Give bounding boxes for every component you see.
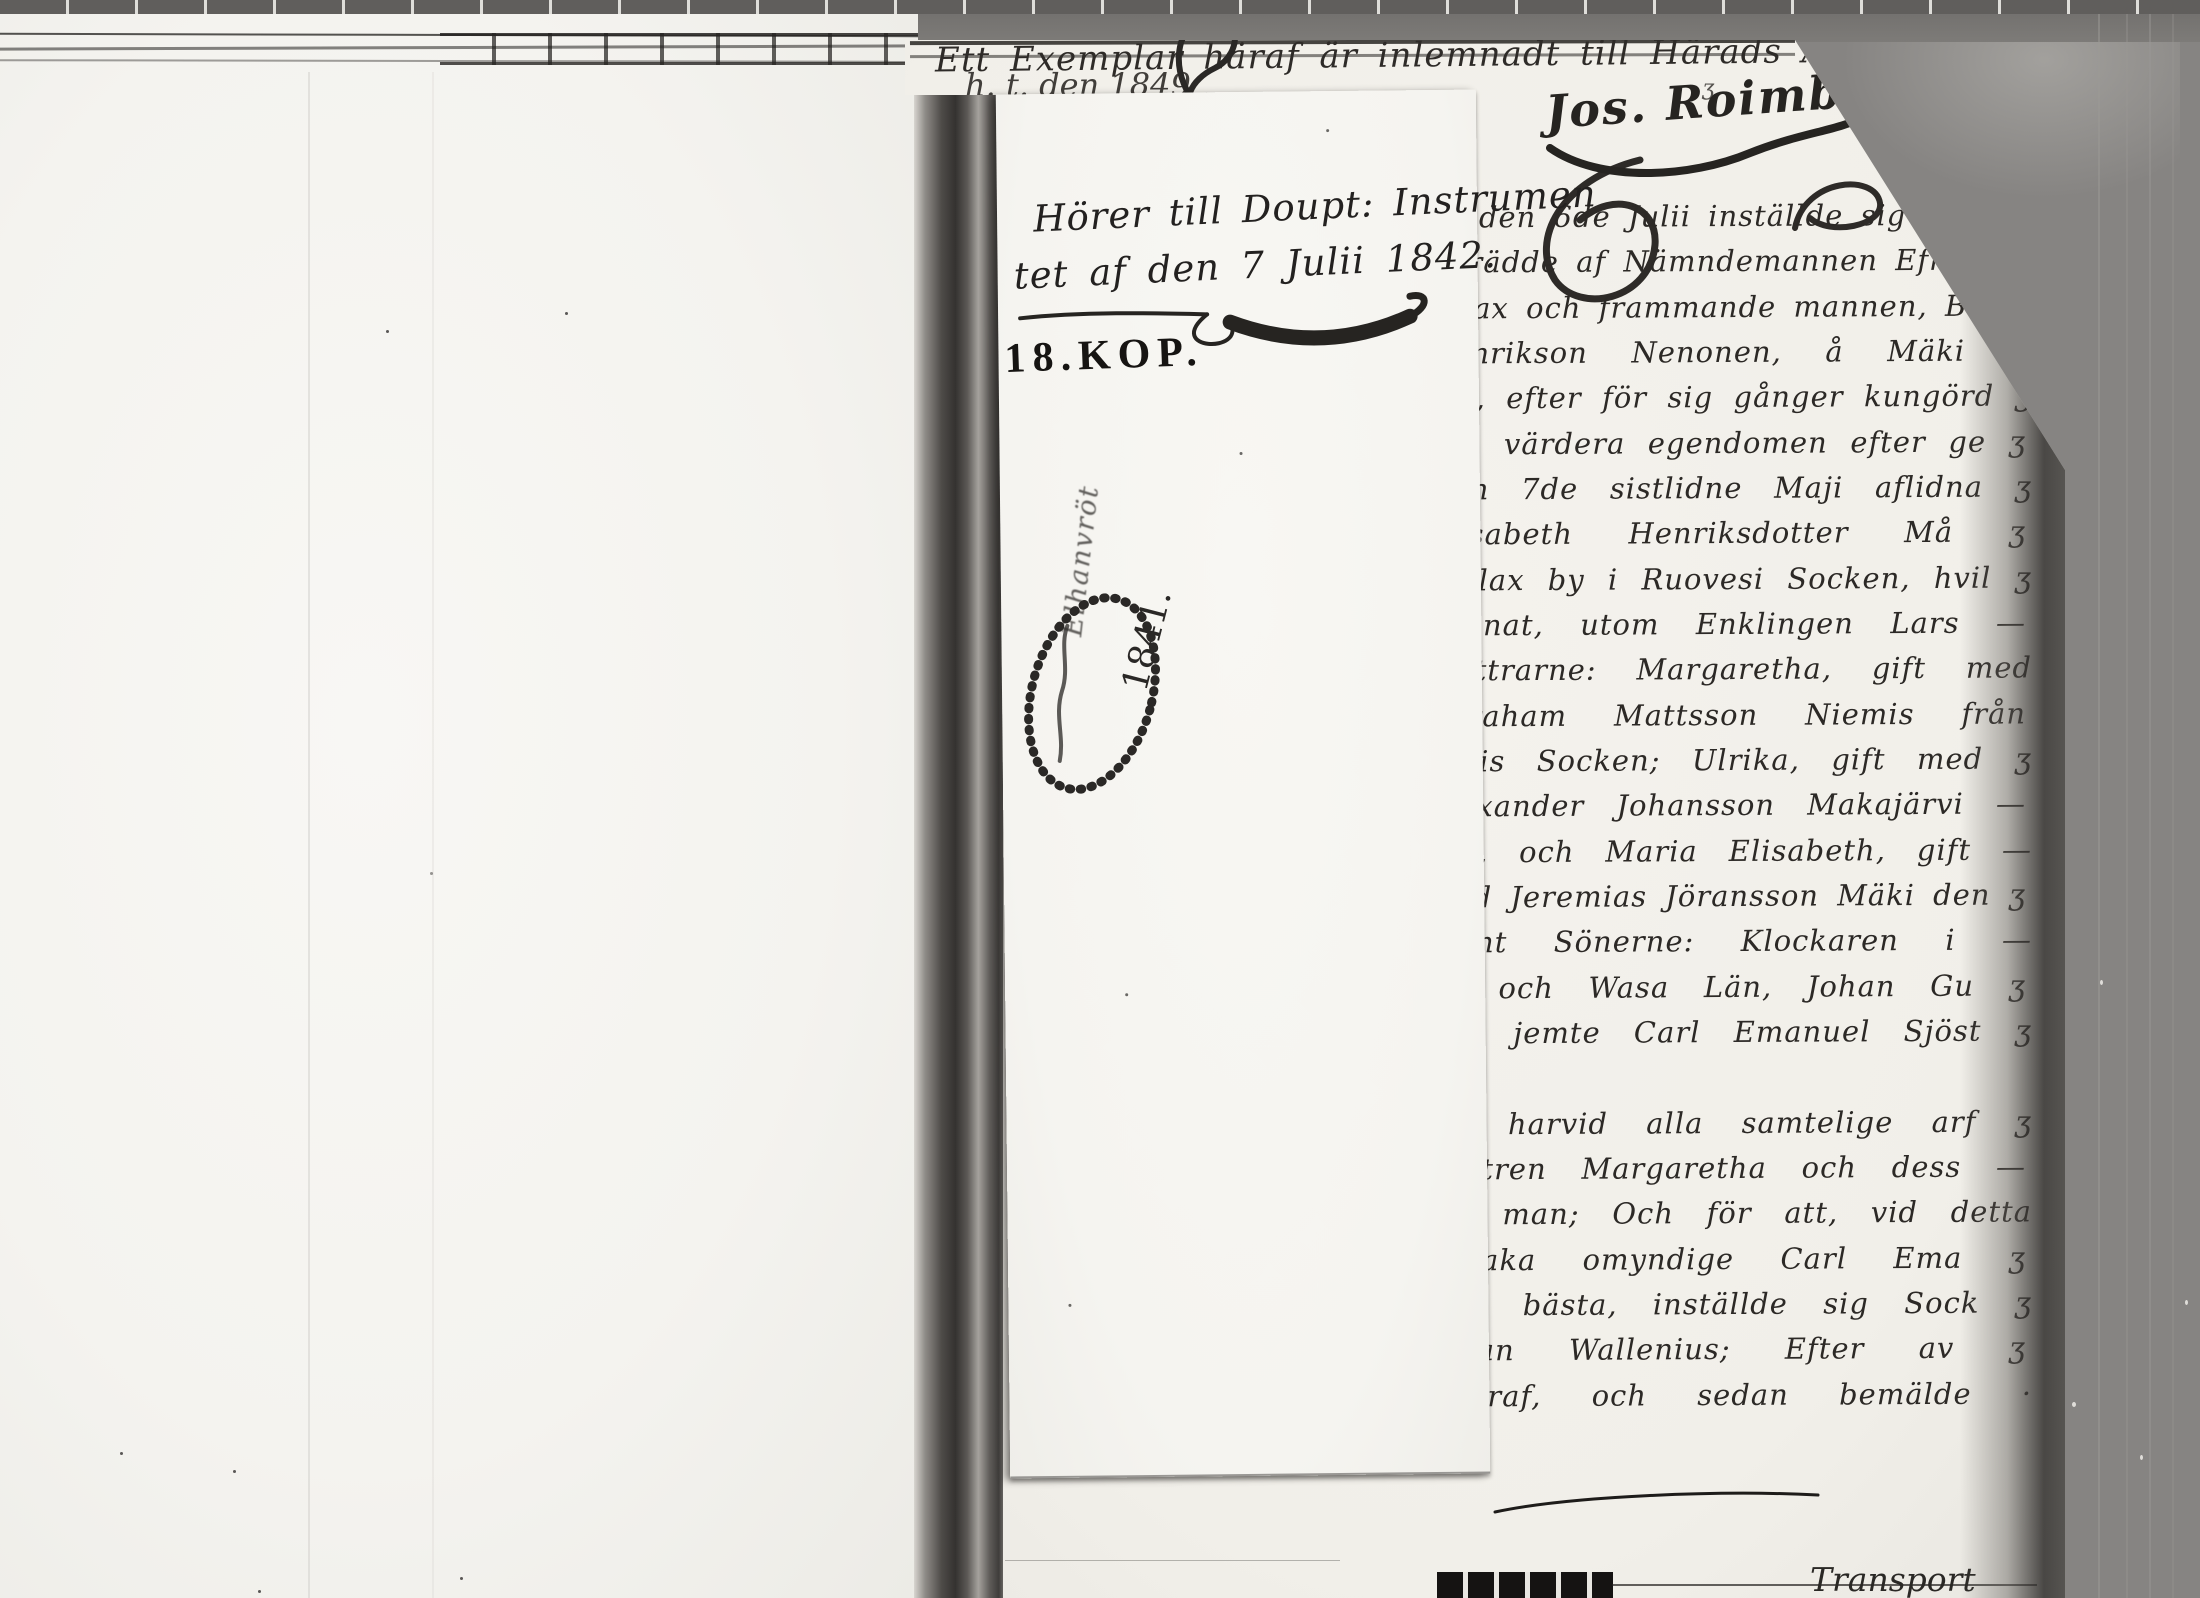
dust-speck <box>1125 993 1128 996</box>
dust-speck <box>233 1470 236 1473</box>
manuscript-line: den 7de sistlidne Maji aflidna ʒ <box>1432 464 2032 512</box>
manuscript-line: ajalax by i Ruovesi Socken, hvil ʒ <box>1432 555 2032 603</box>
dust-speck <box>258 1590 261 1593</box>
dust-speck <box>430 872 433 875</box>
page-fold-line <box>308 72 310 1598</box>
manuscript-line: Johan Wallenius; Efter av ʒ <box>1426 1325 2026 1373</box>
manuscript-line: bevaka omyndige Carl Ema ʒ <box>1426 1235 2026 1283</box>
manuscript-line: en och Wasa Län, Johan Gu ʒ <box>1426 963 2026 1011</box>
film-scratch <box>2098 0 2100 1598</box>
dust-speck <box>2185 1300 2188 1305</box>
manuscript-line: och bästa, inställde sig Sock ʒ <box>1432 1280 2032 1328</box>
manuscript-line: att, efter för sig gånger kungörd ʒ <box>1432 373 2032 421</box>
dust-speck <box>2100 980 2103 985</box>
dust-speck <box>2072 1402 2076 1407</box>
oval-date-stamp: 1841. <box>1003 575 1186 817</box>
film-scratch <box>2126 0 2128 1598</box>
film-edge-band <box>0 0 2200 14</box>
manuscript-line: Abraham Mattsson Niemis från <box>1426 691 2026 739</box>
manuscript-line: Elisabeth Henriksdotter Må ʒ <box>1426 509 2026 557</box>
scanned-document-spread: Ett Exemplar häraf är inlemnadt till Här… <box>0 0 2200 1598</box>
manuscript-line: lemnat, utom Enklingen Lars — <box>1426 600 2026 648</box>
left-blank-page <box>0 12 918 1598</box>
page-fold-line <box>432 72 434 1598</box>
dust-speck <box>460 1577 463 1580</box>
manuscript-line: en, jemte Carl Emanuel Sjöst ʒ <box>1432 1008 2032 1056</box>
dust-speck <box>120 1452 123 1455</box>
note-title-line1: Hörer till Doupt: Instrumen <box>1032 178 1464 240</box>
film-scratch <box>2172 0 2174 1598</box>
manuscript-line: de man; Och för att, vid detta <box>1432 1189 2032 1237</box>
page-bottom-ladder-marks <box>1437 1572 1613 1598</box>
manuscript-line: med Jeremias Jöransson Mäki den ʒ <box>1426 872 2026 920</box>
dust-speck <box>386 330 389 333</box>
manuscript-line: hvaraf, och sedan bemälde · <box>1432 1371 2032 1419</box>
hand-drawn-rule <box>1490 1486 1825 1516</box>
manuscript-line: samt Sönerne: Klockaren i — <box>1432 917 2032 965</box>
manuscript-line: och värdera egendomen efter ge ʒ <box>1426 419 2026 467</box>
book-spine-gutter <box>914 90 1006 1598</box>
page-edge-ladder-marks <box>440 33 918 65</box>
manuscript-line: talax och frammande mannen, Bon ʒ <box>1432 283 2032 331</box>
manuscript-line: lax, och Maria Elisabeth, gift — <box>1432 827 2032 875</box>
manuscript-line: biträdde af Nämndemannen Efraim — <box>1426 237 2026 285</box>
manuscript-line: dig. <box>1426 1053 2026 1101</box>
manuscript-line: Alexander Johansson Makajärvi — <box>1426 781 2026 829</box>
film-scratch <box>2149 0 2151 1598</box>
manuscript-line: Henrikson Nenonen, å Mäki ʒ <box>1426 328 2026 376</box>
dust-speck <box>565 312 568 315</box>
manuscript-line: Döttren Margaretha och dess — <box>1426 1144 2026 1192</box>
oval-stamp-script-squiggle <box>1058 626 1069 761</box>
dust-speck <box>2140 1455 2143 1460</box>
kopeck-revenue-stamp: 18.KOP. <box>1004 328 1205 383</box>
manuscript-line: de harvid alla samtelige arf ʒ <box>1432 1099 2032 1147</box>
manuscript-line: Döttrarne: Margaretha, gift med <box>1432 645 2032 693</box>
transport-label: Transport <box>1810 1560 1976 1598</box>
dust-speck <box>1068 1304 1071 1307</box>
page-bottom-crease <box>1005 1560 1340 1561</box>
dust-speck <box>1240 452 1243 455</box>
attached-note-sheet: Hörer till Doupt: Instrumen tet af den 7… <box>996 90 1490 1479</box>
manuscript-line: kalis Socken; Ulrika, gift med ʒ <box>1432 736 2032 784</box>
dust-speck <box>1326 129 1329 132</box>
page-burnt-edge <box>1960 0 2065 1598</box>
